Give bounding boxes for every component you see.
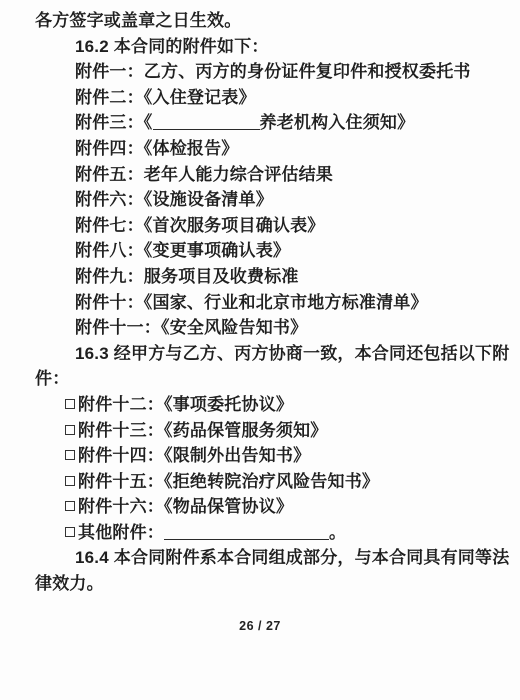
text-run: 附件三：《 [75, 113, 153, 132]
text-run: 附件九：服务项目及收费标准 [75, 267, 299, 286]
clause-16-4-line-1: 16.4 本合同附件系本合同组成部分，与本合同具有同等法 [35, 545, 492, 571]
checkbox-icon [65, 399, 75, 409]
attachment-16-line: 附件十六：《物品保管协议》 [35, 494, 492, 520]
text-run: 附件十一：《安全风险告知书》 [75, 318, 307, 337]
text-run: 附件十六：《物品保管协议》 [78, 497, 293, 516]
text-run: 附件四：《体检报告》 [75, 139, 239, 158]
text-run: 附件一：乙方、丙方的身份证件复印件和授权委托书 [75, 62, 471, 81]
checkbox-icon [65, 476, 75, 486]
text-run: 16.4 本合同附件系本合同组成部分，与本合同具有同等法 [75, 548, 509, 567]
text-run: 件： [35, 369, 69, 388]
contract-body-text: 各方签字或盖章之日生效。16.2 本合同的附件如下：附件一：乙方、丙方的身份证件… [0, 0, 520, 597]
clause-16-1-tail-line: 各方签字或盖章之日生效。 [35, 8, 492, 34]
checkbox-icon [65, 450, 75, 460]
text-run: 附件八：《变更事项确认表》 [75, 241, 290, 260]
attachment-6-line: 附件六：《设施设备清单》 [35, 187, 492, 213]
text-run: 附件十：《国家、行业和北京市地方标准清单》 [75, 293, 428, 312]
attachment-4-line: 附件四：《体检报告》 [35, 136, 492, 162]
contract-document-page: 各方签字或盖章之日生效。16.2 本合同的附件如下：附件一：乙方、丙方的身份证件… [0, 0, 520, 700]
text-run: 。 [329, 523, 346, 542]
attachment-15-line: 附件十五：《拒绝转院治疗风险告知书》 [35, 469, 492, 495]
text-run: 附件二：《入住登记表》 [75, 88, 256, 107]
text-run: 附件十三：《药品保管服务须知》 [78, 421, 328, 440]
attachment-13-line: 附件十三：《药品保管服务须知》 [35, 418, 492, 444]
clause-16-3-line-1: 16.3 经甲方与乙方、丙方协商一致，本合同还包括以下附 [35, 341, 492, 367]
attachment-11-line: 附件十一：《安全风险告知书》 [35, 315, 492, 341]
text-run: 附件五：老年人能力综合评估结果 [75, 165, 333, 184]
blank-underline [164, 525, 329, 540]
clause-16-4-line-2: 律效力。 [35, 571, 492, 597]
text-run: 律效力。 [35, 574, 104, 593]
text-run: 其他附件： [78, 523, 164, 542]
attachment-8-line: 附件八：《变更事项确认表》 [35, 238, 492, 264]
attachment-7-line: 附件七：《首次服务项目确认表》 [35, 213, 492, 239]
text-run: 附件十四：《限制外出告知书》 [78, 446, 310, 465]
text-run: 附件七：《首次服务项目确认表》 [75, 216, 325, 235]
attachment-other-line: 其他附件：。 [35, 520, 492, 546]
attachment-5-line: 附件五：老年人能力综合评估结果 [35, 162, 492, 188]
text-run: 附件十二：《事项委托协议》 [78, 395, 293, 414]
checkbox-icon [65, 425, 75, 435]
attachment-10-line: 附件十：《国家、行业和北京市地方标准清单》 [35, 290, 492, 316]
text-run: 附件六：《设施设备清单》 [75, 190, 273, 209]
checkbox-icon [65, 527, 75, 537]
text-run: 16.2 本合同的附件如下： [75, 37, 269, 56]
checkbox-icon [65, 501, 75, 511]
page-number: 26 / 27 [0, 619, 520, 633]
blank-underline [153, 115, 260, 130]
attachment-3-line: 附件三：《养老机构入住须知》 [35, 110, 492, 136]
attachment-9-line: 附件九：服务项目及收费标准 [35, 264, 492, 290]
text-run: 各方签字或盖章之日生效。 [35, 11, 241, 30]
attachment-1-line: 附件一：乙方、丙方的身份证件复印件和授权委托书 [35, 59, 492, 85]
text-run: 附件十五：《拒绝转院治疗风险告知书》 [78, 472, 379, 491]
attachment-12-line: 附件十二：《事项委托协议》 [35, 392, 492, 418]
clause-16-2-line: 16.2 本合同的附件如下： [35, 34, 492, 60]
attachment-2-line: 附件二：《入住登记表》 [35, 85, 492, 111]
clause-16-3-line-2: 件： [35, 366, 492, 392]
text-run: 16.3 经甲方与乙方、丙方协商一致，本合同还包括以下附 [75, 344, 509, 363]
attachment-14-line: 附件十四：《限制外出告知书》 [35, 443, 492, 469]
text-run: 养老机构入住须知》 [260, 113, 415, 132]
